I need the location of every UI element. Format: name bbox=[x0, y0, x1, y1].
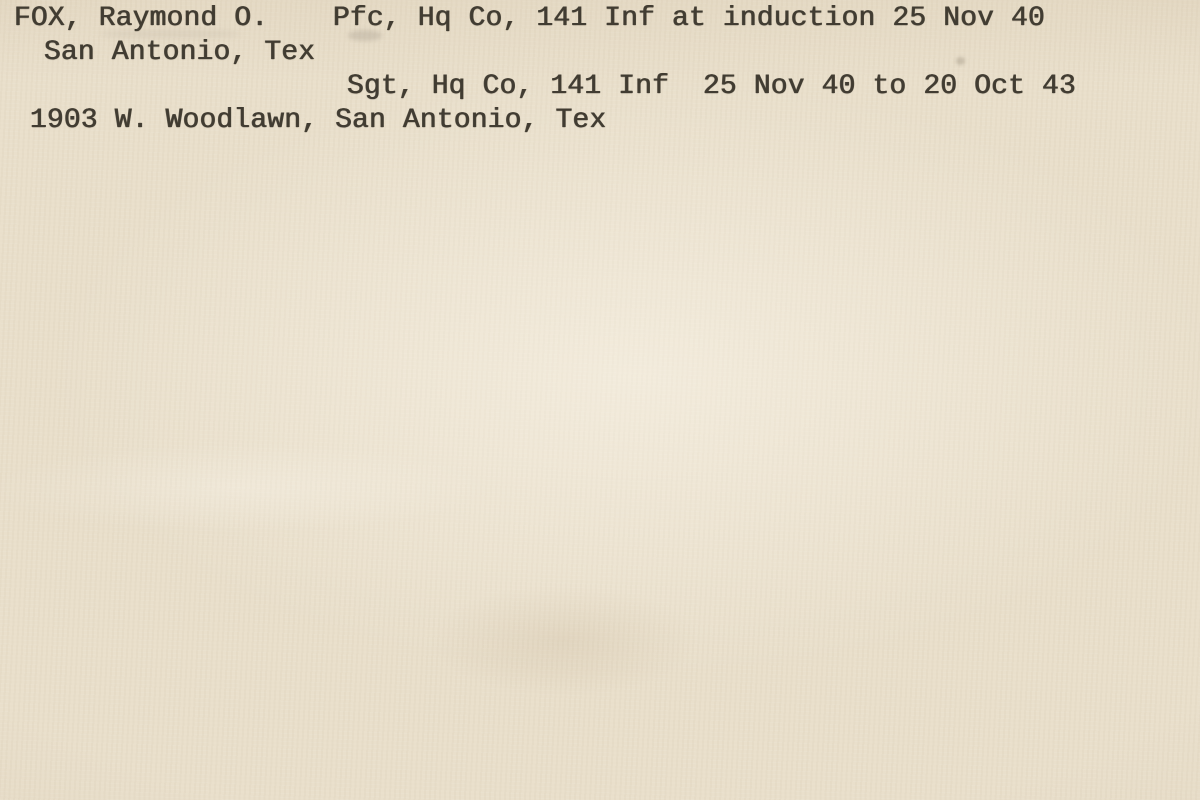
soldier-name: FOX, Raymond O. bbox=[14, 5, 268, 33]
stray-ink-mark: ´ bbox=[458, 0, 473, 20]
ink-smudge bbox=[348, 30, 382, 41]
home-address: 1903 W. Woodlawn, San Antonio, Tex bbox=[30, 107, 606, 135]
service-entry-promotion: Sgt, Hq Co, 141 Inf 25 Nov 40 to 20 Oct … bbox=[347, 73, 1076, 101]
index-card: FOX, Raymond O. Pfc, Hq Co, 141 Inf at i… bbox=[0, 0, 1200, 800]
service-entry-induction: Pfc, Hq Co, 141 Inf at induction 25 Nov … bbox=[333, 5, 1045, 33]
induction-city: San Antonio, Tex bbox=[44, 39, 315, 67]
paper-speck bbox=[956, 57, 965, 65]
faint-smear bbox=[100, 30, 240, 38]
